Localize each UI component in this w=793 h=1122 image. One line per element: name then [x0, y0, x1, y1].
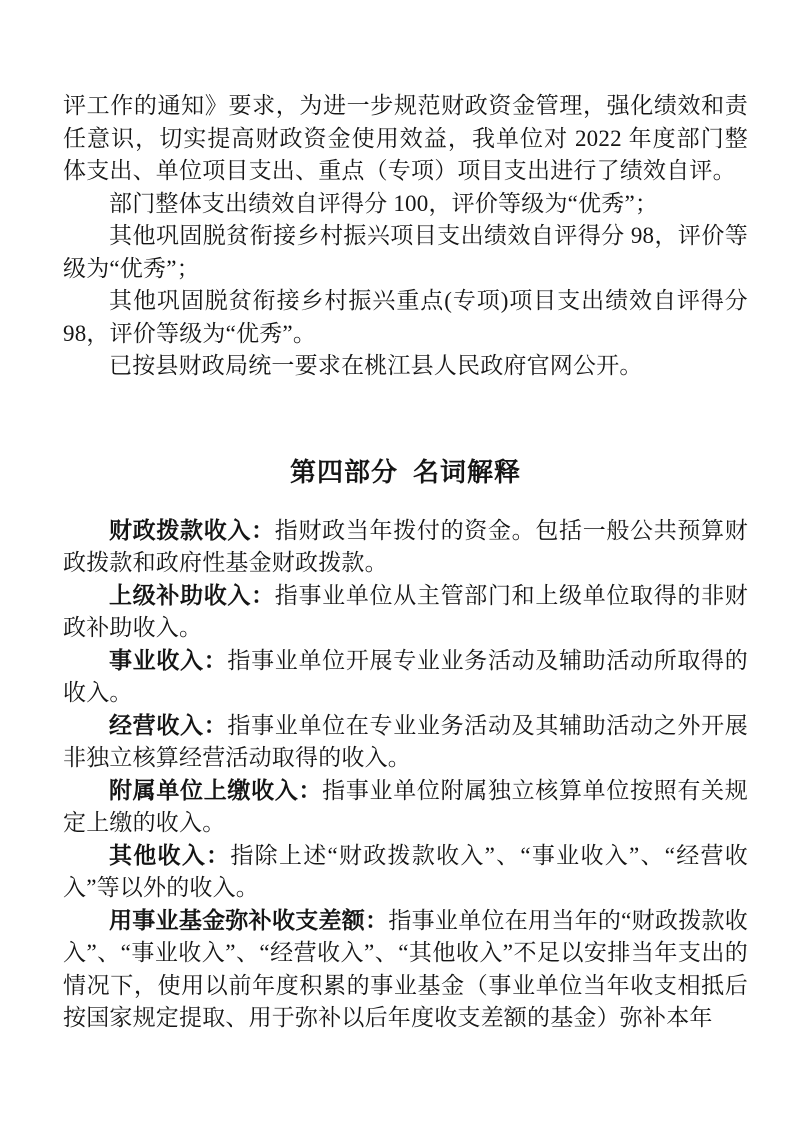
intro-paragraph: 其他巩固脱贫衔接乡村振兴重点(专项)项目支出绩效自评得分 98，评价等级为“优秀…	[63, 285, 748, 350]
section-heading: 第四部分 名词解释	[63, 455, 748, 491]
term-paragraph: 财政拨款收入：指财政当年拨付的资金。包括一般公共预算财政拨款和政府性基金财政拨款…	[63, 515, 748, 580]
intro-paragraph: 已按县财政局统一要求在桃江县人民政府官网公开。	[63, 350, 748, 383]
term-paragraph: 事业收入：指事业单位开展专业业务活动及辅助活动所取得的收入。	[63, 645, 748, 710]
term-name: 其他收入：	[109, 843, 230, 868]
intro-paragraph: 评工作的通知》要求，为进一步规范财政资金管理，强化绩效和责任意识，切实提高财政资…	[63, 90, 748, 188]
term-paragraph: 用事业基金弥补收支差额：指事业单位在用当年的“财政拨款收入”、“事业收入”、“经…	[63, 905, 748, 1035]
term-name: 用事业基金弥补收支差额：	[109, 908, 388, 933]
intro-paragraph: 部门整体支出绩效自评得分 100，评价等级为“优秀”；	[63, 188, 748, 221]
term-paragraph: 经营收入：指事业单位在专业业务活动及其辅助活动之外开展非独立核算经营活动取得的收…	[63, 710, 748, 775]
term-name: 经营收入：	[109, 713, 227, 738]
term-name: 附属单位上缴收入：	[109, 778, 322, 803]
term-paragraph: 其他收入：指除上述“财政拨款收入”、“事业收入”、“经营收入”等以外的收入。	[63, 840, 748, 905]
intro-paragraph: 其他巩固脱贫衔接乡村振兴项目支出绩效自评得分 98，评价等级为“优秀”；	[63, 220, 748, 285]
term-name: 事业收入：	[109, 648, 227, 673]
term-name: 财政拨款收入：	[109, 518, 275, 543]
document-page: 评工作的通知》要求，为进一步规范财政资金管理，强化绩效和责任意识，切实提高财政资…	[0, 0, 793, 1122]
term-paragraph: 附属单位上缴收入：指事业单位附属独立核算单位按照有关规定上缴的收入。	[63, 775, 748, 840]
term-name: 上级补助收入：	[109, 583, 275, 608]
term-paragraph: 上级补助收入：指事业单位从主管部门和上级单位取得的非财政补助收入。	[63, 580, 748, 645]
